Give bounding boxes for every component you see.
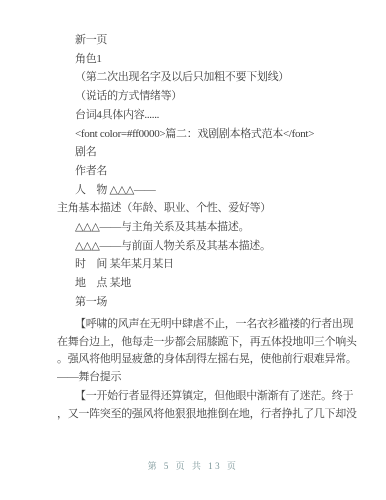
line-stage-direction-label: ——舞台提示 bbox=[57, 369, 372, 387]
line-dialogue-content: 台词4具体内容...... bbox=[57, 106, 372, 125]
line-char-relation-2: △△△——与前面人物关系及其基本描述。 bbox=[57, 237, 372, 256]
line-place: 地 点 某地 bbox=[57, 274, 372, 293]
line-scene-1: 第一场 bbox=[57, 293, 372, 312]
line-new-page: 新一页 bbox=[57, 31, 372, 50]
line-stage-direction-1b: 在舞台边上，他每走一步都会屈膝跪下，再五体投地叩三个响头 bbox=[57, 334, 372, 352]
line-font-tag-title: <font color=#ff0000>篇二：戏剧剧本格式范本</font> bbox=[57, 125, 372, 144]
line-note-bold-rule: （第二次出现名字及以后只加粗不要下划线） bbox=[57, 68, 372, 87]
line-stage-direction-1a: 【呼啸的风声在无明中肆虐不止，一名衣衫褴褛的行者出现 bbox=[57, 316, 372, 334]
line-stage-direction-2a: 【一开始行者显得还算镇定，但他眼中渐渐有了迷茫。终于 bbox=[57, 388, 372, 406]
page-footer: 第 5 页 共 13 页 bbox=[0, 459, 386, 472]
document-page: 新一页 角色1 （第二次出现名字及以后只加粗不要下划线） （说话的方式情绪等） … bbox=[0, 0, 386, 500]
page-number-text: 第 5 页 共 13 页 bbox=[148, 461, 239, 471]
line-role-1: 角色1 bbox=[57, 50, 372, 69]
line-time: 时 间 某年某月某日 bbox=[57, 255, 372, 274]
line-stage-direction-2b: ，又一阵突至的强风将他狠狠地推倒在地，行者挣扎了几下却没 bbox=[57, 406, 372, 424]
line-stage-direction-1c: 。强风将他明显疲惫的身体刮得左摇右晃，使他前行艰难异常。 bbox=[57, 351, 372, 369]
line-char-relation-1: △△△——与主角关系及其基本描述。 bbox=[57, 218, 372, 237]
line-play-name: 剧名 bbox=[57, 143, 372, 162]
document-body: 新一页 角色1 （第二次出现名字及以后只加粗不要下划线） （说话的方式情绪等） … bbox=[57, 31, 372, 423]
line-author-name: 作者名 bbox=[57, 162, 372, 181]
line-characters: 人 物 △△△—— bbox=[57, 181, 372, 200]
line-protagonist-desc: 主角基本描述（年龄、职业、个性、爱好等） bbox=[57, 199, 372, 218]
line-note-speech-tone: （说话的方式情绪等） bbox=[57, 87, 372, 106]
